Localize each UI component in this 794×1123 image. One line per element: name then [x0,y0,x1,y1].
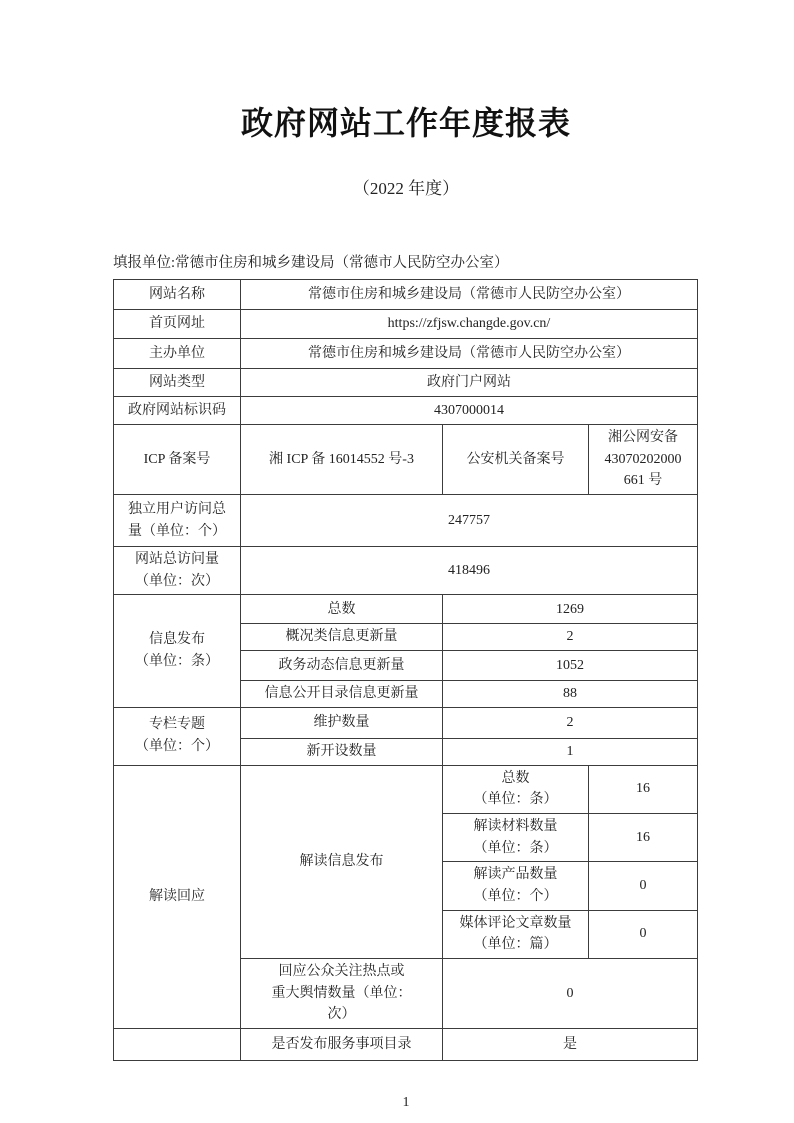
special-columns-new-value: 1 [443,738,698,765]
interpret-product-value: 0 [589,862,698,910]
info-publish-dynamic-label: 政务动态信息更新量 [241,651,443,681]
table-row: 网站名称 常德市住房和城乡建设局（常德市人民防空办公室） [114,280,698,310]
page-number: 1 [113,1095,699,1111]
service-catalog-value: 是 [443,1029,698,1061]
document-page: 政府网站工作年度报表 （2022 年度） 填报单位:常德市住房和城乡建设局（常德… [113,0,699,1111]
media-comment-value: 0 [589,910,698,958]
info-publish-total-value: 1269 [443,595,698,624]
interpret-publish-label: 解读信息发布 [241,765,443,959]
total-visits-value: 418496 [241,547,698,595]
site-id-value: 4307000014 [241,397,698,425]
police-record-value: 湘公网安备 43070202000 661 号 [589,425,698,495]
interpret-total-value: 16 [589,765,698,813]
interpret-product-label: 解读产品数量 （单位：个） [443,862,589,910]
table-row: 首页网址 https://zfjsw.changde.gov.cn/ [114,310,698,339]
interpret-material-value: 16 [589,813,698,861]
special-columns-maintain-label: 维护数量 [241,707,443,738]
info-publish-catalog-label: 信息公开目录信息更新量 [241,681,443,708]
table-row: 解读回应 解读信息发布 总数 （单位：条） 16 [114,765,698,813]
site-name-label: 网站名称 [114,280,241,310]
info-publish-section-label: 信息发布 （单位：条） [114,595,241,707]
table-row: 主办单位 常德市住房和城乡建设局（常德市人民防空办公室） [114,339,698,369]
site-id-label: 政府网站标识码 [114,397,241,425]
table-row: 独立用户访问总量（单位：个） 247757 [114,495,698,547]
info-publish-catalog-value: 88 [443,681,698,708]
site-type-value: 政府门户网站 [241,369,698,397]
hot-response-value: 0 [443,959,698,1029]
special-columns-new-label: 新开设数量 [241,738,443,765]
table-row: 网站总访问量 （单位：次） 418496 [114,547,698,595]
empty-section-cell [114,1029,241,1061]
site-type-label: 网站类型 [114,369,241,397]
icp-label: ICP 备案号 [114,425,241,495]
media-comment-label: 媒体评论文章数量 （单位：篇） [443,910,589,958]
host-unit-value: 常德市住房和城乡建设局（常德市人民防空办公室） [241,339,698,369]
table-row: ICP 备案号 湘 ICP 备 16014552 号-3 公安机关备案号 湘公网… [114,425,698,495]
page-title: 政府网站工作年度报表 [113,98,699,144]
table-row: 信息发布 （单位：条） 总数 1269 [114,595,698,624]
interpret-response-section-label: 解读回应 [114,765,241,1029]
interpret-material-label: 解读材料数量 （单位：条） [443,813,589,861]
info-publish-overview-value: 2 [443,624,698,651]
home-url-label: 首页网址 [114,310,241,339]
special-columns-maintain-value: 2 [443,707,698,738]
home-url-value: https://zfjsw.changde.gov.cn/ [241,310,698,339]
page-subtitle: （2022 年度） [113,174,699,199]
site-name-value: 常德市住房和城乡建设局（常德市人民防空办公室） [241,280,698,310]
unique-visitors-label: 独立用户访问总量（单位：个） [114,495,241,547]
interpret-total-label: 总数 （单位：条） [443,765,589,813]
police-record-label: 公安机关备案号 [443,425,589,495]
report-unit-line: 填报单位:常德市住房和城乡建设局（常德市人民防空办公室） [113,251,699,272]
table-row: 网站类型 政府门户网站 [114,369,698,397]
info-publish-dynamic-value: 1052 [443,651,698,681]
table-row: 专栏专题 （单位：个） 维护数量 2 [114,707,698,738]
total-visits-label: 网站总访问量 （单位：次） [114,547,241,595]
unique-visitors-value: 247757 [241,495,698,547]
icp-value: 湘 ICP 备 16014552 号-3 [241,425,443,495]
hot-response-label: 回应公众关注热点或 重大舆情数量（单位： 次） [241,959,443,1029]
special-columns-section-label: 专栏专题 （单位：个） [114,707,241,765]
table-row: 是否发布服务事项目录 是 [114,1029,698,1061]
annual-report-table: 网站名称 常德市住房和城乡建设局（常德市人民防空办公室） 首页网址 https:… [113,279,698,1061]
service-catalog-label: 是否发布服务事项目录 [241,1029,443,1061]
host-unit-label: 主办单位 [114,339,241,369]
table-row: 政府网站标识码 4307000014 [114,397,698,425]
info-publish-overview-label: 概况类信息更新量 [241,624,443,651]
info-publish-total-label: 总数 [241,595,443,624]
